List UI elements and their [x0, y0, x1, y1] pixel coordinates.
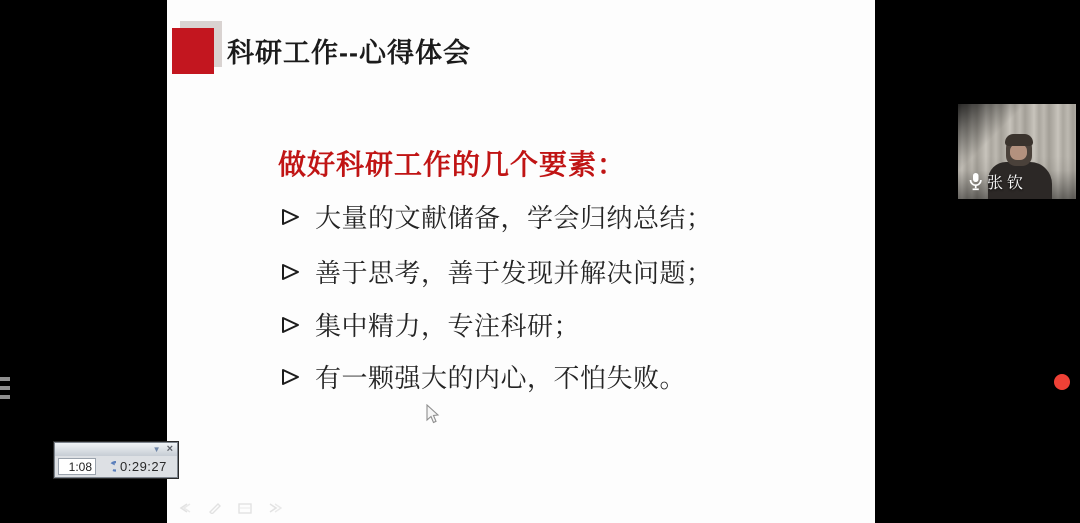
webcam-tile[interactable]: 张钦 [958, 104, 1076, 199]
arrowhead-bullet-icon [281, 208, 301, 226]
participant-hair [1005, 134, 1033, 146]
mouse-cursor-icon [424, 404, 440, 426]
collapsed-menu-icon[interactable] [0, 377, 10, 399]
timer-widget: ▼ × 1:08 0:29:27 [54, 442, 178, 478]
slide-title: 科研工作--心得体会 [227, 31, 471, 70]
timer-body: 1:08 0:29:27 [55, 456, 177, 477]
bullet-item: 大量的文献储备，学会归纳总结； [281, 198, 713, 235]
bullet-item: 善于思考，善于发现并解决问题； [281, 253, 713, 290]
presenter-toolbar [177, 502, 283, 514]
menu-bar [0, 395, 10, 399]
slide-heading: 做好科研工作的几个要素： [278, 143, 626, 183]
chevron-down-icon[interactable]: ▼ [153, 446, 161, 454]
timer-total-label: 0:29:27 [120, 459, 167, 474]
participant-name-tag: 张钦 [968, 170, 1027, 193]
shared-slide: 科研工作--心得体会 做好科研工作的几个要素： 大量的文献储备，学会归纳总结； … [167, 0, 875, 523]
bullet-item: 有一颗强大的内心，不怕失败。 [281, 358, 686, 395]
slide-title-block: 科研工作--心得体会 [167, 0, 875, 90]
recording-indicator-dot [1054, 374, 1070, 390]
bullet-text: 善于思考，善于发现并解决问题； [315, 253, 713, 290]
comment-icon[interactable] [267, 502, 283, 514]
timer-elapsed-field: 1:08 [58, 458, 96, 475]
arrowhead-bullet-icon [281, 263, 301, 281]
prev-slide-icon[interactable] [177, 502, 193, 514]
bullet-item: 集中精力，专注科研； [281, 306, 580, 343]
timer-titlebar: ▼ × [55, 443, 177, 456]
microphone-icon [968, 172, 983, 191]
menu-bar [0, 386, 10, 390]
conference-window: 科研工作--心得体会 做好科研工作的几个要素： 大量的文献储备，学会归纳总结； … [0, 0, 1080, 523]
menu-bar [0, 377, 10, 381]
pen-icon[interactable] [207, 502, 223, 514]
arrowhead-bullet-icon [281, 316, 301, 334]
participant-name: 张钦 [987, 170, 1027, 193]
slide-overview-icon[interactable] [237, 502, 253, 514]
bullet-text: 有一颗强大的内心，不怕失败。 [315, 358, 686, 395]
undo-arrow-icon[interactable] [100, 460, 116, 474]
close-icon[interactable]: × [167, 444, 173, 455]
arrowhead-bullet-icon [281, 368, 301, 386]
participant-face [1010, 144, 1027, 160]
bullet-text: 集中精力，专注科研； [315, 306, 580, 343]
bullet-text: 大量的文献储备，学会归纳总结； [315, 198, 713, 235]
title-accent-square [172, 28, 214, 74]
